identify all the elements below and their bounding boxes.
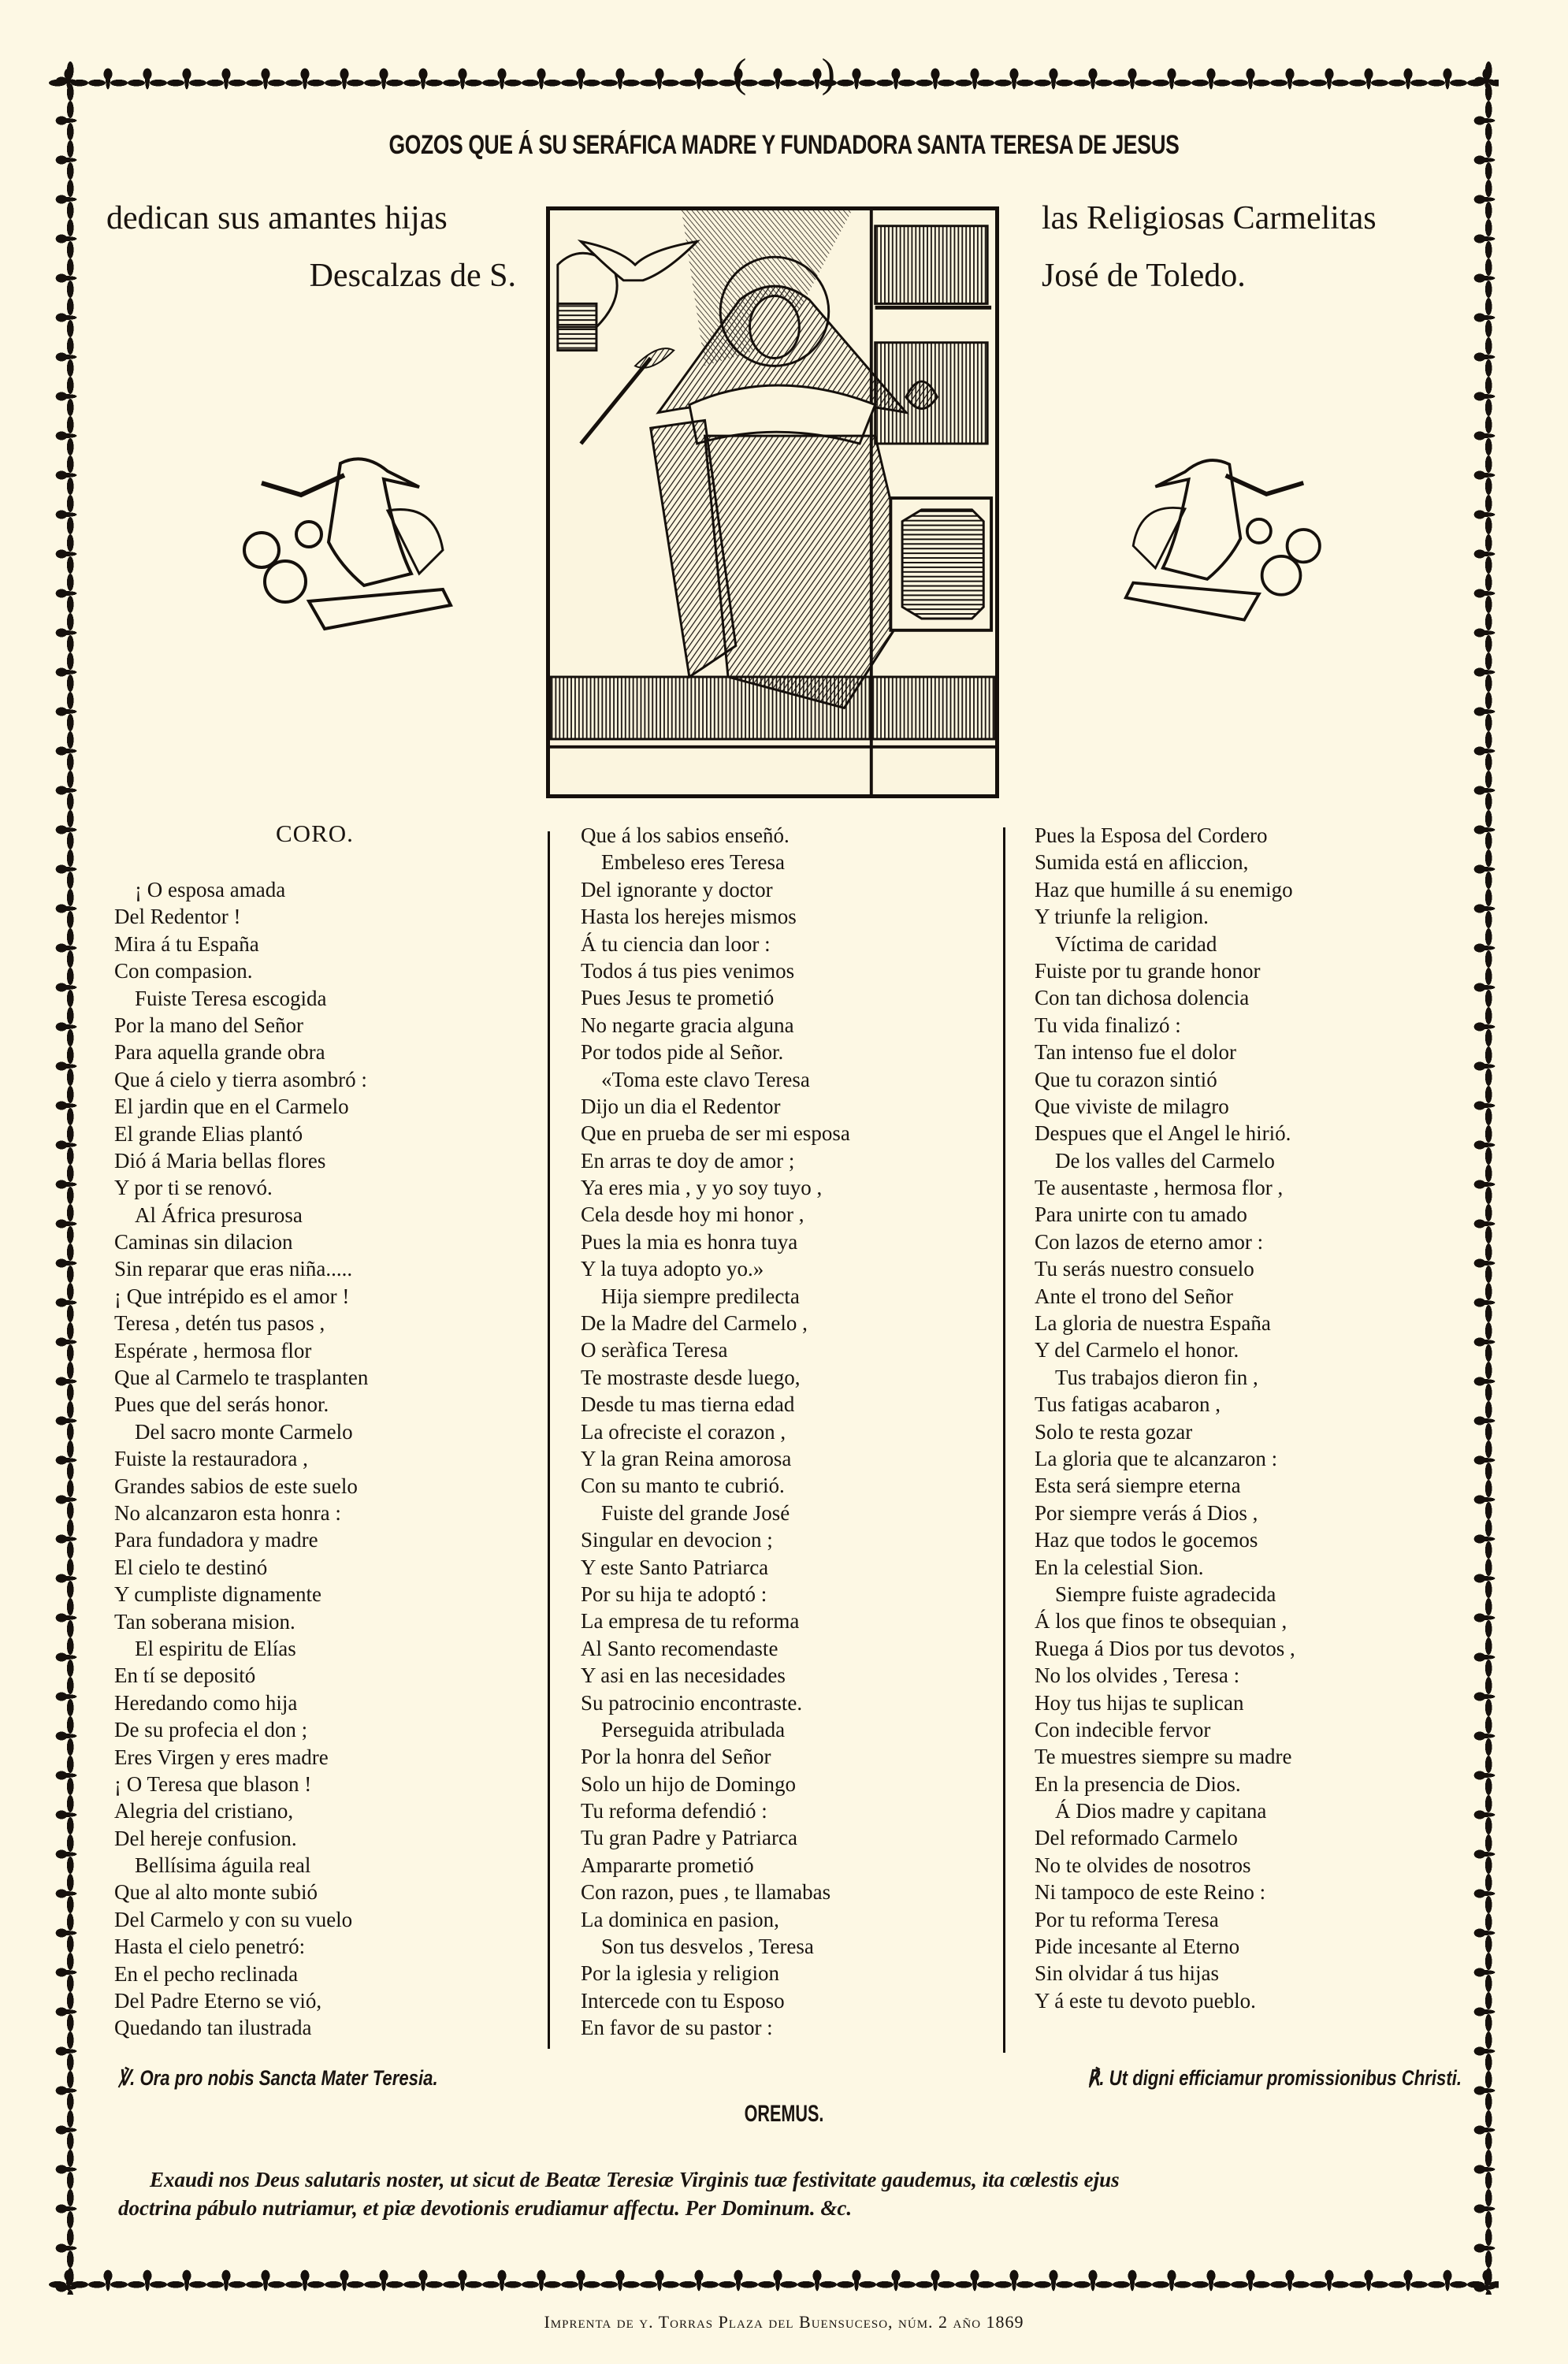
printer-imprint: Imprenta de y. Torras Plaza del Buensuce…	[0, 2312, 1568, 2332]
verse-line: Víctima de caridad	[1035, 931, 1295, 957]
verse-line: Con indecible fervor	[1035, 1716, 1295, 1743]
verse-line: «Toma este clavo Teresa	[581, 1066, 850, 1093]
verse-line: Por la mano del Señor	[114, 1012, 368, 1039]
poem-column-3: Pues la Esposa del CorderoSumida está en…	[1035, 822, 1295, 2014]
poem-column-1: ¡ O esposa amadaDel Redentor !Mira á tu …	[114, 876, 368, 2042]
woodcut-illustration-icon	[550, 210, 995, 794]
verse-line: Ni tampoco de este Reino :	[1035, 1879, 1295, 1905]
verse-line: Pues la Esposa del Cordero	[1035, 822, 1295, 849]
verse-line: Intercede con tu Esposo	[581, 1987, 850, 2014]
bottom-ornamental-border	[49, 2263, 1499, 2295]
verse-line: Y del Carmelo el honor.	[1035, 1336, 1295, 1363]
left-bird-emblem	[206, 448, 466, 645]
top-border-center-ornament: ()	[733, 57, 835, 96]
verse-line: Y asi en las necesidades	[581, 1662, 850, 1689]
verse-line: No te olvides de nosotros	[1035, 1852, 1295, 1879]
verse-line: De la Madre del Carmelo ,	[581, 1310, 850, 1336]
verse-line: De los valles del Carmelo	[1035, 1147, 1295, 1174]
verse-line: Con su manto te cubrió.	[581, 1472, 850, 1499]
subtitle-right-line-1: las Religiosas Carmelitas	[1042, 199, 1377, 238]
verse-line: Te mostraste desde luego,	[581, 1364, 850, 1391]
verse-line: Del reformado Carmelo	[1035, 1824, 1295, 1851]
verse-line: Haz que humille á su enemigo	[1035, 876, 1295, 903]
verse-line: Cela desde hoy mi honor ,	[581, 1201, 850, 1228]
verse-line: Á Dios madre y capitana	[1035, 1797, 1295, 1824]
verse-line: Para unirte con tu amado	[1035, 1201, 1295, 1228]
verse-line: En el pecho reclinada	[114, 1961, 368, 1987]
verse-line: El grande Elias plantó	[114, 1121, 368, 1147]
prayer-line-1: Exaudi nos Deus salutaris noster, ut sic…	[118, 2165, 1458, 2194]
verse-line: Quedando tan ilustrada	[114, 2014, 368, 2041]
verse-line: Ruega á Dios por tus devotos ,	[1035, 1635, 1295, 1662]
verse-line: Hoy tus hijas te suplican	[1035, 1689, 1295, 1716]
verse-line: Al Santo recomendaste	[581, 1635, 850, 1662]
verse-line: No alcanzaron esta honra :	[114, 1500, 368, 1526]
verse-line: El espiritu de Elías	[114, 1635, 368, 1662]
column-divider-1	[548, 831, 550, 2049]
verse-line: El jardin que en el Carmelo	[114, 1093, 368, 1120]
verse-line: Haz que todos le gocemos	[1035, 1526, 1295, 1553]
verse-line: Perseguida atribulada	[581, 1716, 850, 1743]
verse-line: Del Carmelo y con su vuelo	[114, 1906, 368, 1933]
verse-line: Su patrocinio encontraste.	[581, 1689, 850, 1716]
verse-line: Ya eres mia , y yo soy tuyo ,	[581, 1174, 850, 1201]
verse-line: Eres Virgen y eres madre	[114, 1744, 368, 1771]
bird-emblem-icon	[206, 448, 466, 645]
right-bird-emblem	[1111, 448, 1355, 637]
verse-line: La dominica en pasion,	[581, 1906, 850, 1933]
verse-line: La empresa de tu reforma	[581, 1608, 850, 1634]
verse-line: Con compasion.	[114, 957, 368, 984]
verse-line: Mira á tu España	[114, 931, 368, 957]
verse-line: Tan intenso fue el dolor	[1035, 1039, 1295, 1065]
verse-line: Que tu corazon sintió	[1035, 1066, 1295, 1093]
verse-line: Por tu reforma Teresa	[1035, 1906, 1295, 1933]
verse-line: Y este Santo Patriarca	[581, 1554, 850, 1581]
verse-line: Por la iglesia y religion	[581, 1960, 850, 1987]
verse-line: Fuiste del grande José	[581, 1500, 850, 1526]
subtitle-left-line-2: Descalzas de S.	[106, 256, 516, 295]
verse-line: Que al Carmelo te trasplanten	[114, 1364, 368, 1391]
verse-line: Y por ti se renovó.	[114, 1174, 368, 1201]
verse-line: Fuiste Teresa escogida	[114, 985, 368, 1012]
verse-line: Fuiste por tu grande honor	[1035, 957, 1295, 984]
verse-line: La gloria de nuestra España	[1035, 1310, 1295, 1336]
verse-line: Tu reforma defendió :	[581, 1797, 850, 1824]
verse-line: Tan soberana mision.	[114, 1608, 368, 1635]
oremus-heading: OREMUS.	[220, 2101, 1349, 2128]
verse-line: Grandes sabios de este suelo	[114, 1473, 368, 1500]
verse-line: Son tus desvelos , Teresa	[581, 1933, 850, 1960]
page-title: GOZOS QUE Á SU SERÁFICA MADRE Y FUNDADOR…	[173, 130, 1395, 161]
verse-line: Del hereje confusion.	[114, 1825, 368, 1852]
verse-line: Solo un hijo de Domingo	[581, 1771, 850, 1797]
verse-line: Esta será siempre eterna	[1035, 1472, 1295, 1499]
right-ornamental-border	[1467, 61, 1499, 2295]
coro-heading: CORO.	[276, 820, 354, 848]
woodcut-santa-teresa-image	[546, 206, 999, 798]
response: ℟. Ut digni efficiamur promissionibus Ch…	[1087, 2066, 1462, 2091]
verse-line: Dijo un dia el Redentor	[581, 1093, 850, 1120]
verse-line: Te ausentaste , hermosa flor ,	[1035, 1174, 1295, 1201]
verse-line: ¡ O Teresa que blason !	[114, 1771, 368, 1797]
verse-line: Al África presurosa	[114, 1202, 368, 1228]
verse-line: Tu serás nuestro consuelo	[1035, 1255, 1295, 1282]
verse-line: Tu gran Padre y Patriarca	[581, 1824, 850, 1851]
verse-line: Fuiste la restauradora ,	[114, 1445, 368, 1472]
verse-line: Espérate , hermosa flor	[114, 1337, 368, 1364]
verse-line: Ante el trono del Señor	[1035, 1283, 1295, 1310]
verse-line: ¡ O esposa amada	[114, 876, 368, 903]
prayer-line-2: doctrina pábulo nutriamur, et piæ devoti…	[118, 2194, 1458, 2222]
verse-line: Tu vida finalizó :	[1035, 1012, 1295, 1039]
verse-line: Sumida está en afliccion,	[1035, 849, 1295, 875]
verse-line: Bellísima águila real	[114, 1852, 368, 1879]
versicle: ℣. Ora pro nobis Sancta Mater Teresia.	[118, 2066, 438, 2091]
bird-emblem-icon	[1111, 448, 1355, 637]
verse-line: Por siempre verás á Dios ,	[1035, 1500, 1295, 1526]
verse-line: En la celestial Sion.	[1035, 1554, 1295, 1581]
verse-line: Hasta los herejes mismos	[581, 903, 850, 930]
verse-line: Y á este tu devoto pueblo.	[1035, 1987, 1295, 2014]
verse-line: Del ignorante y doctor	[581, 876, 850, 903]
verse-line: ¡ Que intrépido es el amor !	[114, 1283, 368, 1310]
verse-line: Que viviste de milagro	[1035, 1093, 1295, 1120]
verse-line: Pues la mia es honra tuya	[581, 1228, 850, 1255]
verse-line: Tus trabajos dieron fin ,	[1035, 1364, 1295, 1391]
verse-line: Heredando como hija	[114, 1689, 368, 1716]
verse-line: Dió á Maria bellas flores	[114, 1147, 368, 1174]
subtitle-left-line-1: dedican sus amantes hijas	[106, 199, 516, 238]
verse-line: Sin reparar que eras niña.....	[114, 1255, 368, 1282]
verse-line: En favor de su pastor :	[581, 2014, 850, 2041]
subtitle-right-line-2: José de Toledo.	[1042, 256, 1246, 295]
verse-line: Sin olvidar á tus hijas	[1035, 1960, 1295, 1987]
verse-line: Que al alto monte subió	[114, 1879, 368, 1905]
verse-line: Que á los sabios enseñó.	[581, 822, 850, 849]
verse-line: Hasta el cielo penetró:	[114, 1933, 368, 1960]
verse-line: Desde tu mas tierna edad	[581, 1391, 850, 1418]
verse-line: Pues Jesus te prometió	[581, 984, 850, 1011]
verse-line: No negarte gracia alguna	[581, 1012, 850, 1039]
verse-line: Alegria del cristiano,	[114, 1797, 368, 1824]
verse-line: No los olvides , Teresa :	[1035, 1662, 1295, 1689]
verse-line: Que en prueba de ser mi esposa	[581, 1120, 850, 1147]
verse-line: La ofreciste el corazon ,	[581, 1418, 850, 1445]
verse-line: O seràfica Teresa	[581, 1336, 850, 1363]
verse-line: Con tan dichosa dolencia	[1035, 984, 1295, 1011]
verse-line: En tí se depositó	[114, 1662, 368, 1689]
column-divider-2	[1003, 827, 1005, 2053]
verse-line: Y triunfe la religion.	[1035, 903, 1295, 930]
verse-line: Para fundadora y madre	[114, 1526, 368, 1553]
verse-line: Y cumpliste dignamente	[114, 1581, 368, 1608]
verse-line: Para aquella grande obra	[114, 1039, 368, 1065]
verse-line: Del sacro monte Carmelo	[114, 1418, 368, 1445]
verse-line: Por la honra del Señor	[581, 1743, 850, 1770]
verse-line: Que á cielo y tierra asombró :	[114, 1066, 368, 1093]
verse-line: Caminas sin dilacion	[114, 1228, 368, 1255]
verse-line: Con lazos de eterno amor :	[1035, 1228, 1295, 1255]
verse-line: Teresa , detén tus pasos ,	[114, 1310, 368, 1336]
verse-line: La gloria que te alcanzaron :	[1035, 1445, 1295, 1472]
verse-line: Pide incesante al Eterno	[1035, 1933, 1295, 1960]
verse-line: Embeleso eres Teresa	[581, 849, 850, 875]
verse-line: De su profecia el don ;	[114, 1716, 368, 1743]
verse-line: Del Padre Eterno se vió,	[114, 1987, 368, 2014]
verse-line: Singular en devocion ;	[581, 1526, 850, 1553]
verse-line: Tus fatigas acabaron ,	[1035, 1391, 1295, 1418]
verse-line: Te muestres siempre su madre	[1035, 1743, 1295, 1770]
verse-line: Y la gran Reina amorosa	[581, 1445, 850, 1472]
collect-prayer: Exaudi nos Deus salutaris noster, ut sic…	[118, 2165, 1458, 2222]
verse-line: Por su hija te adoptó :	[581, 1581, 850, 1608]
verse-line: Hija siempre predilecta	[581, 1283, 850, 1310]
verse-line: Pues que del serás honor.	[114, 1391, 368, 1418]
verse-line: En arras te doy de amor ;	[581, 1147, 850, 1174]
verse-line: Solo te resta gozar	[1035, 1418, 1295, 1445]
left-ornamental-border	[49, 61, 80, 2295]
verse-line: Del Redentor !	[114, 903, 368, 930]
verse-line: Á los que finos te obsequian ,	[1035, 1608, 1295, 1634]
verse-line: Ampararte prometió	[581, 1852, 850, 1879]
verse-line: Por todos pide al Señor.	[581, 1039, 850, 1065]
verse-line: En la presencia de Dios.	[1035, 1771, 1295, 1797]
verse-line: Con razon, pues , te llamabas	[581, 1879, 850, 1905]
poem-column-2: Que á los sabios enseñó.Embeleso eres Te…	[581, 822, 850, 2042]
verse-line: Siempre fuiste agradecida	[1035, 1581, 1295, 1608]
verse-line: Y la tuya adopto yo.»	[581, 1255, 850, 1282]
verse-line: Todos á tus pies venimos	[581, 957, 850, 984]
verse-line: El cielo te destinó	[114, 1554, 368, 1581]
verse-line: Á tu ciencia dan loor :	[581, 931, 850, 957]
verse-line: Despues que el Angel le hirió.	[1035, 1120, 1295, 1147]
